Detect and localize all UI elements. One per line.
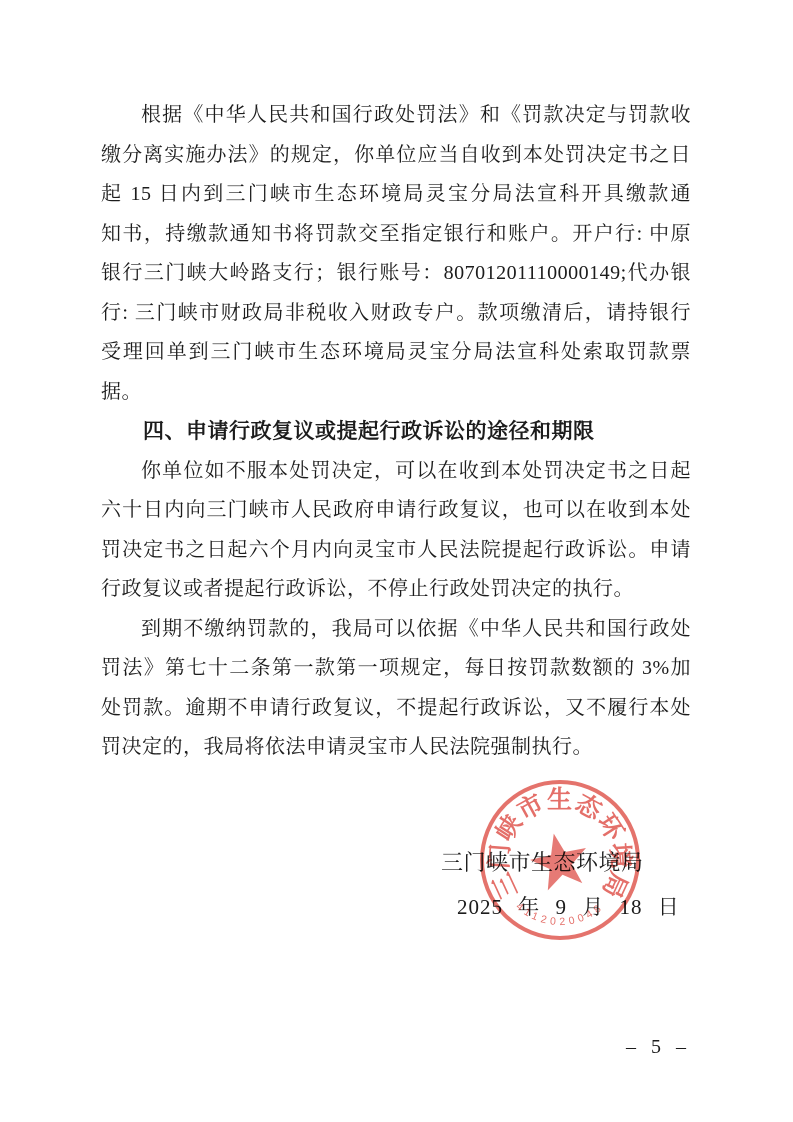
document-line: 你单位如不服本处罚决定，可以在收到本处罚决定书之日起 bbox=[101, 452, 691, 492]
official-seal-stamp: 三门峡市生态环境局 4112020048 bbox=[477, 775, 643, 947]
document-line: 罚决定的，我局将依法申请灵宝市人民法院强制执行。 bbox=[101, 728, 691, 768]
document-line: 六十日内向三门峡市人民政府申请行政复议，也可以在收到本处 bbox=[101, 491, 691, 531]
document-line: 知书，持缴款通知书将罚款交至指定银行和账户。开户行: 中原 bbox=[101, 215, 691, 255]
page-number: – 5 – bbox=[626, 1036, 691, 1059]
document-line: 缴分离实施办法》的规定，你单位应当自收到本处罚决定书之日 bbox=[101, 136, 691, 176]
document-line-bank-account: 银行三门峡大岭路支行；银行账号：80701201110000149;代办银 bbox=[101, 254, 691, 294]
document-line: 行政复议或者提起行政诉讼，不停止行政处罚决定的执行。 bbox=[101, 570, 691, 610]
seal-code-digits: 4112020048 bbox=[513, 900, 606, 928]
document-line: 根据《中华人民共和国行政处罚法》和《罚款决定与罚款收 bbox=[101, 96, 691, 136]
document-page: 根据《中华人民共和国行政处罚法》和《罚款决定与罚款收 缴分离实施办法》的规定，你… bbox=[0, 0, 793, 1122]
seal-star-icon bbox=[526, 828, 593, 893]
document-line: 受理回单到三门峡市生态环境局灵宝分局法宣科处索取罚款票 bbox=[101, 333, 691, 373]
document-body: 根据《中华人民共和国行政处罚法》和《罚款决定与罚款收 缴分离实施办法》的规定，你… bbox=[101, 96, 691, 768]
document-line: 到期不缴纳罚款的，我局可以依据《中华人民共和国行政处 bbox=[101, 610, 691, 650]
document-line: 罚决定书之日起六个月内向灵宝市人民法院提起行政诉讼。申请 bbox=[101, 531, 691, 571]
document-line: 据。 bbox=[101, 373, 691, 413]
document-line: 行: 三门峡市财政局非税收入财政专户。款项缴清后，请持银行 bbox=[101, 294, 691, 334]
document-line: 罚法》第七十二条第一款第一项规定，每日按罚款数额的 3%加 bbox=[101, 649, 691, 689]
document-line: 处罚款。逾期不申请行政复议，不提起行政诉讼，又不履行本处 bbox=[101, 689, 691, 729]
document-line: 起 15 日内到三门峡市生态环境局灵宝分局法宣科开具缴款通 bbox=[101, 175, 691, 215]
section-heading: 四、申请行政复议或提起行政诉讼的途径和期限 bbox=[101, 412, 691, 452]
